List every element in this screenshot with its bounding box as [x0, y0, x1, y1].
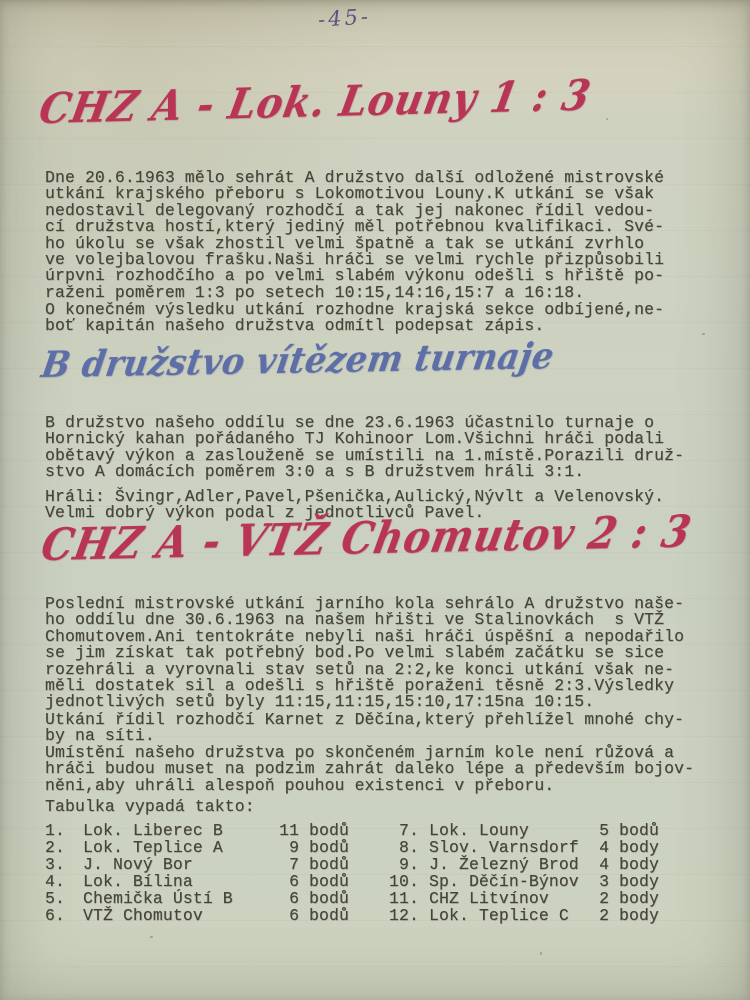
team-points: 4 body — [589, 839, 659, 856]
tournament-heading: B družstvo vítězem turnaje — [39, 335, 557, 386]
standings-right-column: 7. Lok. Louny 5 bodů 8. Slov. Varnsdorf … — [385, 822, 659, 924]
paper-speckle — [702, 333, 705, 335]
match1-note: O konečném výsledku utkání rozhodne kraj… — [45, 302, 695, 335]
standings-left-column: 1. Lok. Liberec B 11 bodů 2. Lok. Teplic… — [45, 822, 349, 924]
team-rank: 2. — [45, 839, 73, 856]
match1-heading: CHZ A - Lok. Louny 1 : 3 — [35, 70, 595, 133]
team-rank: 1. — [45, 822, 73, 839]
team-rank: 4. — [45, 873, 73, 890]
team-rank: 9. — [385, 856, 419, 873]
team-name: Lok. Liberec B — [73, 822, 279, 839]
team-rank: 11. — [385, 890, 419, 907]
table-row: 5. Chemička Ústí B 6 bodů — [45, 890, 349, 907]
team-name: Lok. Bílina — [73, 873, 279, 890]
team-name: Lok. Teplice C — [419, 907, 589, 924]
table-row: 10. Sp. Děčín-Býnov 3 body — [385, 873, 659, 890]
table-row: 11. CHZ Litvínov 2 body — [385, 890, 659, 907]
tournament-body: B družstvo našeho oddílu se dne 23.6.196… — [45, 415, 695, 481]
team-name: Lok. Teplice A — [73, 839, 279, 856]
team-rank: 7. — [385, 822, 419, 839]
team-points: 7 bodů — [279, 856, 349, 873]
table-row: 8. Slov. Varnsdorf 4 body — [385, 839, 659, 856]
table-row: 4. Lok. Bílina 6 bodů — [45, 873, 349, 890]
match1-body: Dne 20.6.1963 mělo sehrát A družstvo dal… — [45, 170, 695, 301]
team-points: 11 bodů — [279, 822, 349, 839]
team-name: J. Nový Bor — [73, 856, 279, 873]
team-name: Sp. Děčín-Býnov — [419, 873, 589, 890]
team-points: 2 body — [589, 907, 659, 924]
team-name: VTŽ Chomutov — [73, 907, 279, 924]
table-row: 7. Lok. Louny 5 bodů — [385, 822, 659, 839]
team-name: Slov. Varnsdorf — [419, 839, 589, 856]
team-points: 6 bodů — [279, 907, 349, 924]
team-rank: 5. — [45, 890, 73, 907]
table-row: 1. Lok. Liberec B 11 bodů — [45, 822, 349, 839]
team-points: 6 bodů — [279, 873, 349, 890]
team-name: J. Železný Brod — [419, 856, 589, 873]
team-points: 4 body — [589, 856, 659, 873]
page-number: -45- — [317, 4, 371, 32]
table-row: 9. J. Železný Brod 4 body — [385, 856, 659, 873]
team-name: Lok. Louny — [419, 822, 589, 839]
team-points: 2 body — [589, 890, 659, 907]
table-row: 6. VTŽ Chomutov 6 bodů — [45, 907, 349, 924]
team-points: 3 body — [589, 873, 659, 890]
standings-table: 1. Lok. Liberec B 11 bodů 2. Lok. Teplic… — [45, 822, 659, 924]
team-name: Chemička Ústí B — [73, 890, 279, 907]
paper-speckle — [606, 118, 608, 120]
team-points: 9 bodů — [279, 839, 349, 856]
team-rank: 12. — [385, 907, 419, 924]
team-rank: 3. — [45, 856, 73, 873]
team-rank: 6. — [45, 907, 73, 924]
team-points: 5 bodů — [589, 822, 659, 839]
paper-speckle — [540, 952, 542, 955]
table-row: 12. Lok. Teplice C 2 body — [385, 907, 659, 924]
paper-speckle — [150, 936, 153, 938]
team-name: CHZ Litvínov — [419, 890, 589, 907]
table-row: 2. Lok. Teplice A 9 bodů — [45, 839, 349, 856]
table-row: 3. J. Nový Bor 7 bodů — [45, 856, 349, 873]
team-rank: 8. — [385, 839, 419, 856]
match2-referee-note: Utkání řídil rozhodčí Karnet z Děčína,kt… — [45, 712, 695, 794]
team-points: 6 bodů — [279, 890, 349, 907]
team-rank: 10. — [385, 873, 419, 890]
paper-speckle — [88, 258, 91, 260]
standings-intro: Tabulka vypadá takto: — [45, 799, 695, 815]
match2-body: Poslední mistrovské utkání jarního kola … — [45, 596, 695, 711]
chronicle-page: -45- CHZ A - Lok. Louny 1 : 3 Dne 20.6.1… — [0, 0, 750, 1000]
